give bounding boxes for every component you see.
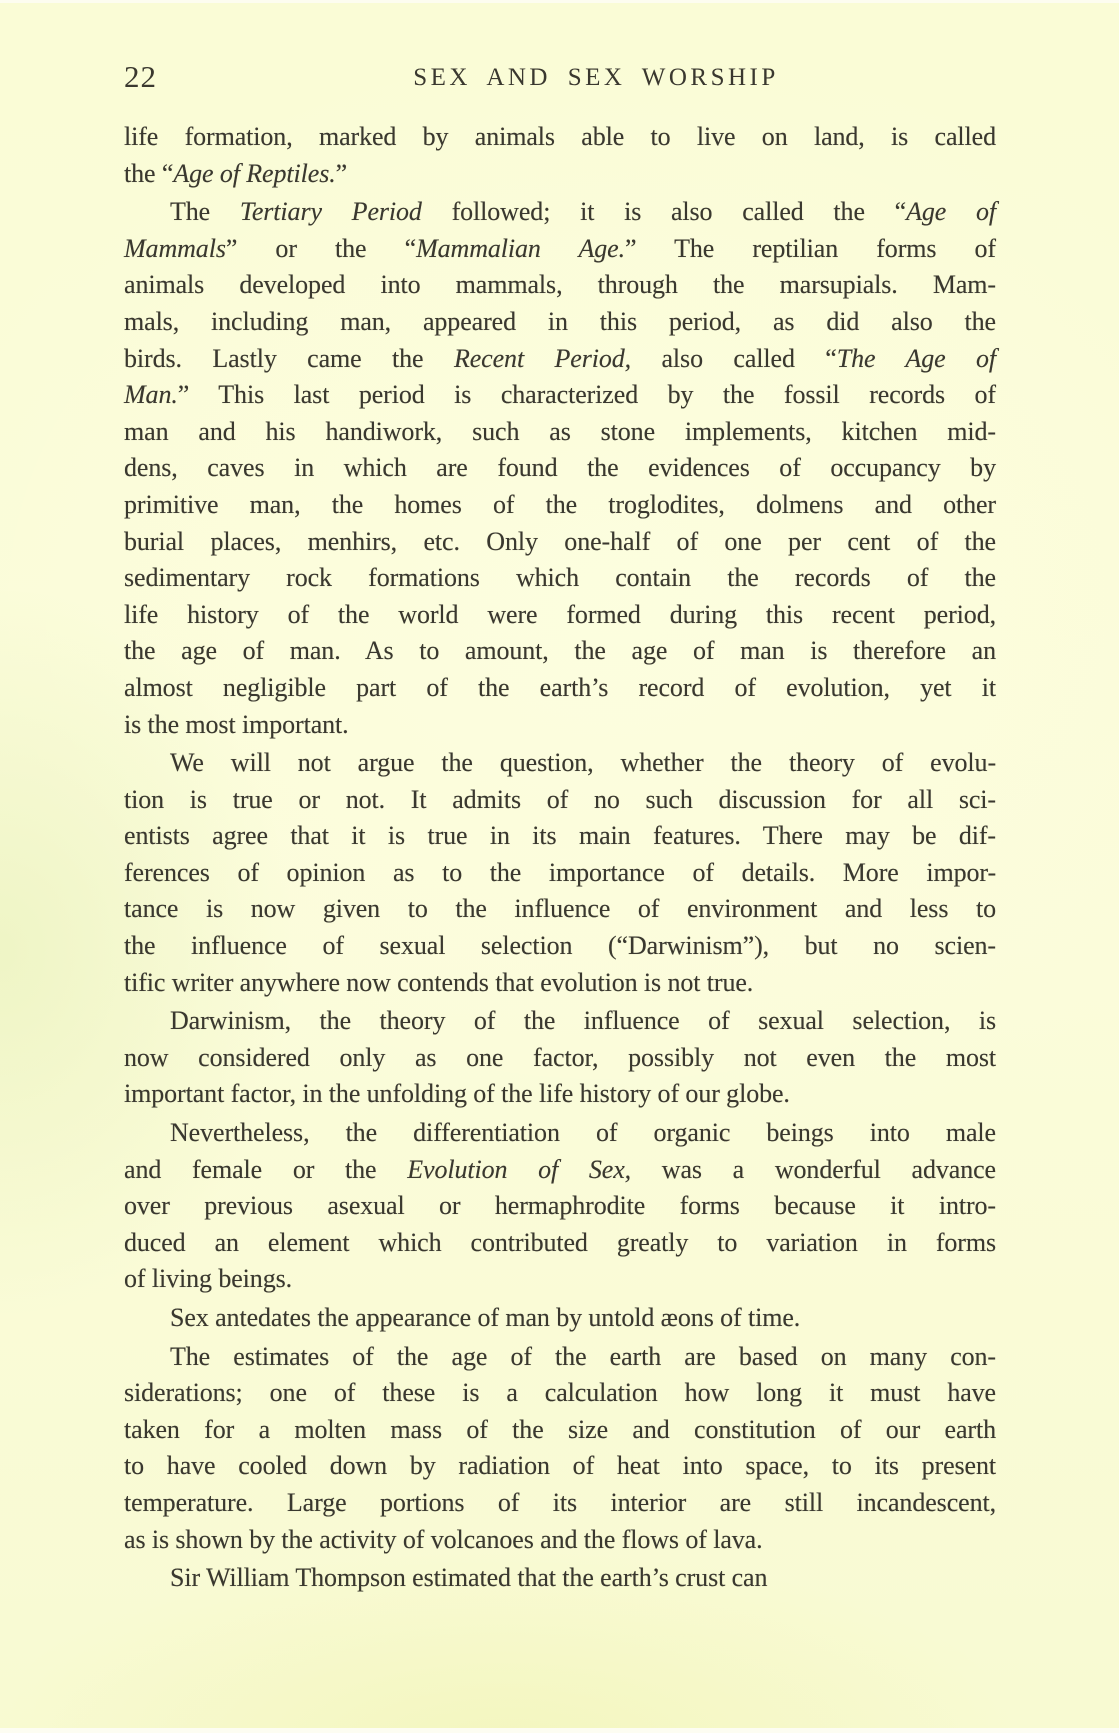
text-line: Sex antedates the appearance of man by u… bbox=[124, 1300, 996, 1337]
book-page: 22 SEX AND SEX WORSHIP life formation, m… bbox=[0, 0, 1119, 1733]
text-line: ferences of opinion as to the importance… bbox=[124, 855, 996, 892]
text-line: mals, including man, appeared in this pe… bbox=[124, 304, 996, 341]
text-line: temperature. Large portions of its inter… bbox=[124, 1485, 996, 1522]
paragraph: life formation, marked by animals able t… bbox=[124, 119, 996, 192]
text-line: as is shown by the activity of volcanoes… bbox=[124, 1522, 996, 1559]
text-line: tific writer anywhere now contends that … bbox=[124, 965, 996, 1002]
text-line: and female or the Evolution of Sex, was … bbox=[124, 1152, 996, 1189]
text-line: over previous asexual or hermaphrodite f… bbox=[124, 1188, 996, 1225]
text-line: now considered only as one factor, possi… bbox=[124, 1040, 996, 1077]
text-line: primitive man, the homes of the troglodi… bbox=[124, 487, 996, 524]
paragraph: The estimates of the age of the earth ar… bbox=[124, 1339, 996, 1559]
text-line: dens, caves in which are found the evide… bbox=[124, 450, 996, 487]
text-line: siderations; one of these is a calculati… bbox=[124, 1375, 996, 1412]
page-number: 22 bbox=[124, 59, 157, 95]
text-line: is the most important. bbox=[124, 707, 996, 744]
text-line: We will not argue the question, whether … bbox=[124, 745, 996, 782]
paragraph: Nevertheless, the differentiation of org… bbox=[124, 1115, 996, 1298]
page-body: life formation, marked by animals able t… bbox=[124, 119, 996, 1597]
paragraph: Darwinism, the theory of the influence o… bbox=[124, 1003, 996, 1113]
text-line: The estimates of the age of the earth ar… bbox=[124, 1339, 996, 1376]
text-line: animals developed into mammals, through … bbox=[124, 267, 996, 304]
paragraph: We will not argue the question, whether … bbox=[124, 745, 996, 1001]
running-header-title: SEX AND SEX WORSHIP bbox=[413, 64, 779, 92]
text-line: The Tertiary Period followed; it is also… bbox=[124, 194, 996, 231]
text-line: burial places, menhirs, etc. Only one-ha… bbox=[124, 524, 996, 561]
text-line: of living beings. bbox=[124, 1261, 996, 1298]
text-line: Sir William Thompson estimated that the … bbox=[124, 1560, 996, 1597]
text-line: birds. Lastly came the Recent Period, al… bbox=[124, 341, 996, 378]
text-line: life formation, marked by animals able t… bbox=[124, 119, 996, 156]
text-line: to have cooled down by radiation of heat… bbox=[124, 1448, 996, 1485]
text-line: duced an element which contributed great… bbox=[124, 1225, 996, 1262]
text-line: life history of the world were formed du… bbox=[124, 597, 996, 634]
text-line: taken for a molten mass of the size and … bbox=[124, 1412, 996, 1449]
text-line: entists agree that it is true in its mai… bbox=[124, 818, 996, 855]
text-line: the influence of sexual selection (“Darw… bbox=[124, 928, 996, 965]
running-header: 22 SEX AND SEX WORSHIP bbox=[124, 59, 996, 95]
text-line: the age of man. As to amount, the age of… bbox=[124, 633, 996, 670]
paragraph: Sir William Thompson estimated that the … bbox=[124, 1560, 996, 1597]
text-line: Nevertheless, the differentiation of org… bbox=[124, 1115, 996, 1152]
text-line: tion is true or not. It admits of no suc… bbox=[124, 782, 996, 819]
text-line: sedimentary rock formations which contai… bbox=[124, 560, 996, 597]
text-line: important factor, in the unfolding of th… bbox=[124, 1076, 996, 1113]
paragraph: The Tertiary Period followed; it is also… bbox=[124, 194, 996, 743]
text-line: Man.” This last period is characterized … bbox=[124, 377, 996, 414]
page-content: 22 SEX AND SEX WORSHIP life formation, m… bbox=[124, 59, 996, 1597]
text-line: the “Age of Reptiles.” bbox=[124, 156, 996, 193]
paragraph: Sex antedates the appearance of man by u… bbox=[124, 1300, 996, 1337]
text-line: man and his handiwork, such as stone imp… bbox=[124, 414, 996, 451]
text-line: Mammals” or the “Mammalian Age.” The rep… bbox=[124, 231, 996, 268]
text-line: tance is now given to the influence of e… bbox=[124, 891, 996, 928]
text-line: almost negligible part of the earth’s re… bbox=[124, 670, 996, 707]
text-line: Darwinism, the theory of the influence o… bbox=[124, 1003, 996, 1040]
